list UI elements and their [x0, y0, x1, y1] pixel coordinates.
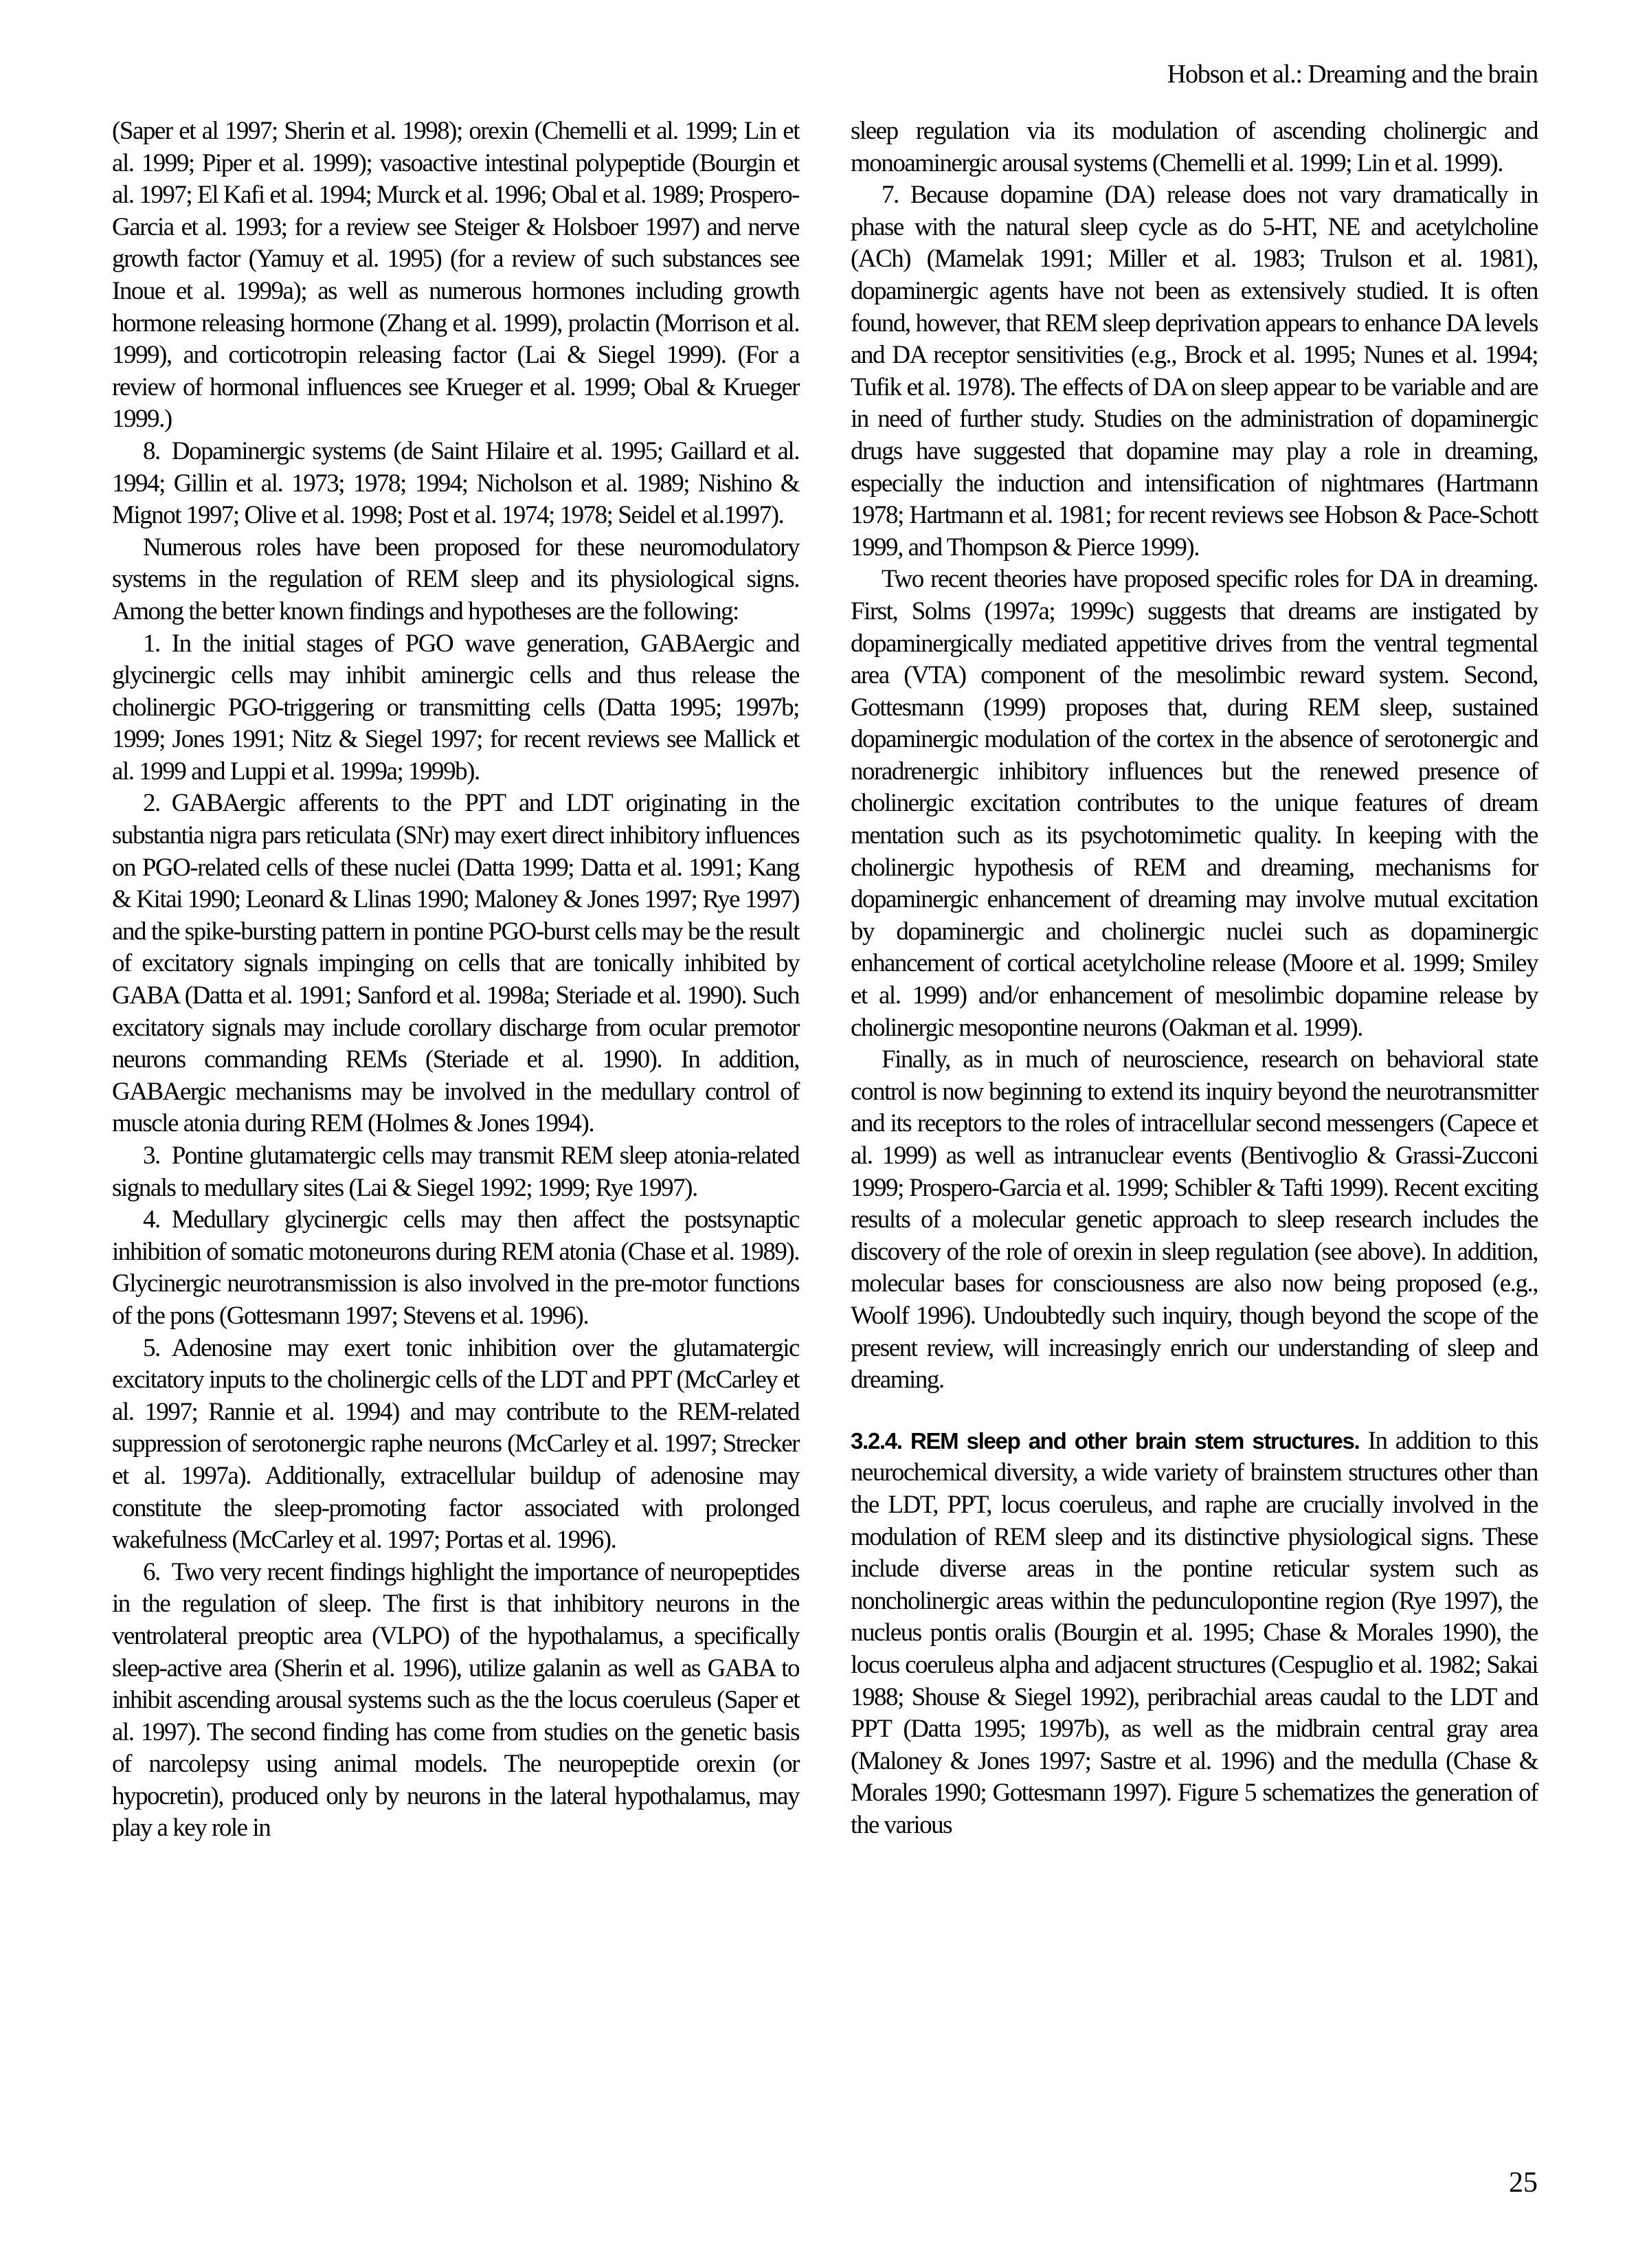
paragraph: 5. Adenosine may exert tonic inhibition …: [112, 1333, 799, 1557]
paragraph: Two recent theories have proposed specif…: [851, 564, 1538, 1044]
paragraph: 8. Dopaminergic systems (de Saint Hilair…: [112, 436, 799, 532]
paragraph: 1. In the initial stages of PGO wave gen…: [112, 628, 799, 788]
paragraph: (Saper et al 1997; Sherin et al. 1998); …: [112, 115, 799, 436]
paragraph: 6. Two very recent findings highlight th…: [112, 1557, 799, 1845]
paragraph: 4. Medullary glycinergic cells may then …: [112, 1204, 799, 1332]
text-columns: (Saper et al 1997; Sherin et al. 1998); …: [112, 115, 1538, 1845]
running-head: Hobson et al.: Dreaming and the brain: [851, 59, 1538, 89]
right-column: sleep regulation via its modulation of a…: [851, 115, 1538, 1845]
paragraph: 2. GABAergic afferents to the PPT and LD…: [112, 788, 799, 1140]
left-column: (Saper et al 1997; Sherin et al. 1998); …: [112, 115, 799, 1845]
paragraph: Finally, as in much of neuroscience, res…: [851, 1044, 1538, 1397]
paragraph: 7. Because dopamine (DA) release does no…: [851, 179, 1538, 564]
paper-page: Hobson et al.: Dreaming and the brain (S…: [0, 0, 1649, 2268]
page-number: 25: [851, 2166, 1538, 2199]
paragraph: 3. Pontine glutamatergic cells may trans…: [112, 1140, 799, 1204]
section-heading: 3.2.4. REM sleep and other brain stem st…: [851, 1428, 1368, 1454]
paragraph: sleep regulation via its modulation of a…: [851, 115, 1538, 179]
paragraph: 3.2.4. REM sleep and other brain stem st…: [851, 1425, 1538, 1842]
paragraph: Numerous roles have been proposed for th…: [112, 532, 799, 628]
